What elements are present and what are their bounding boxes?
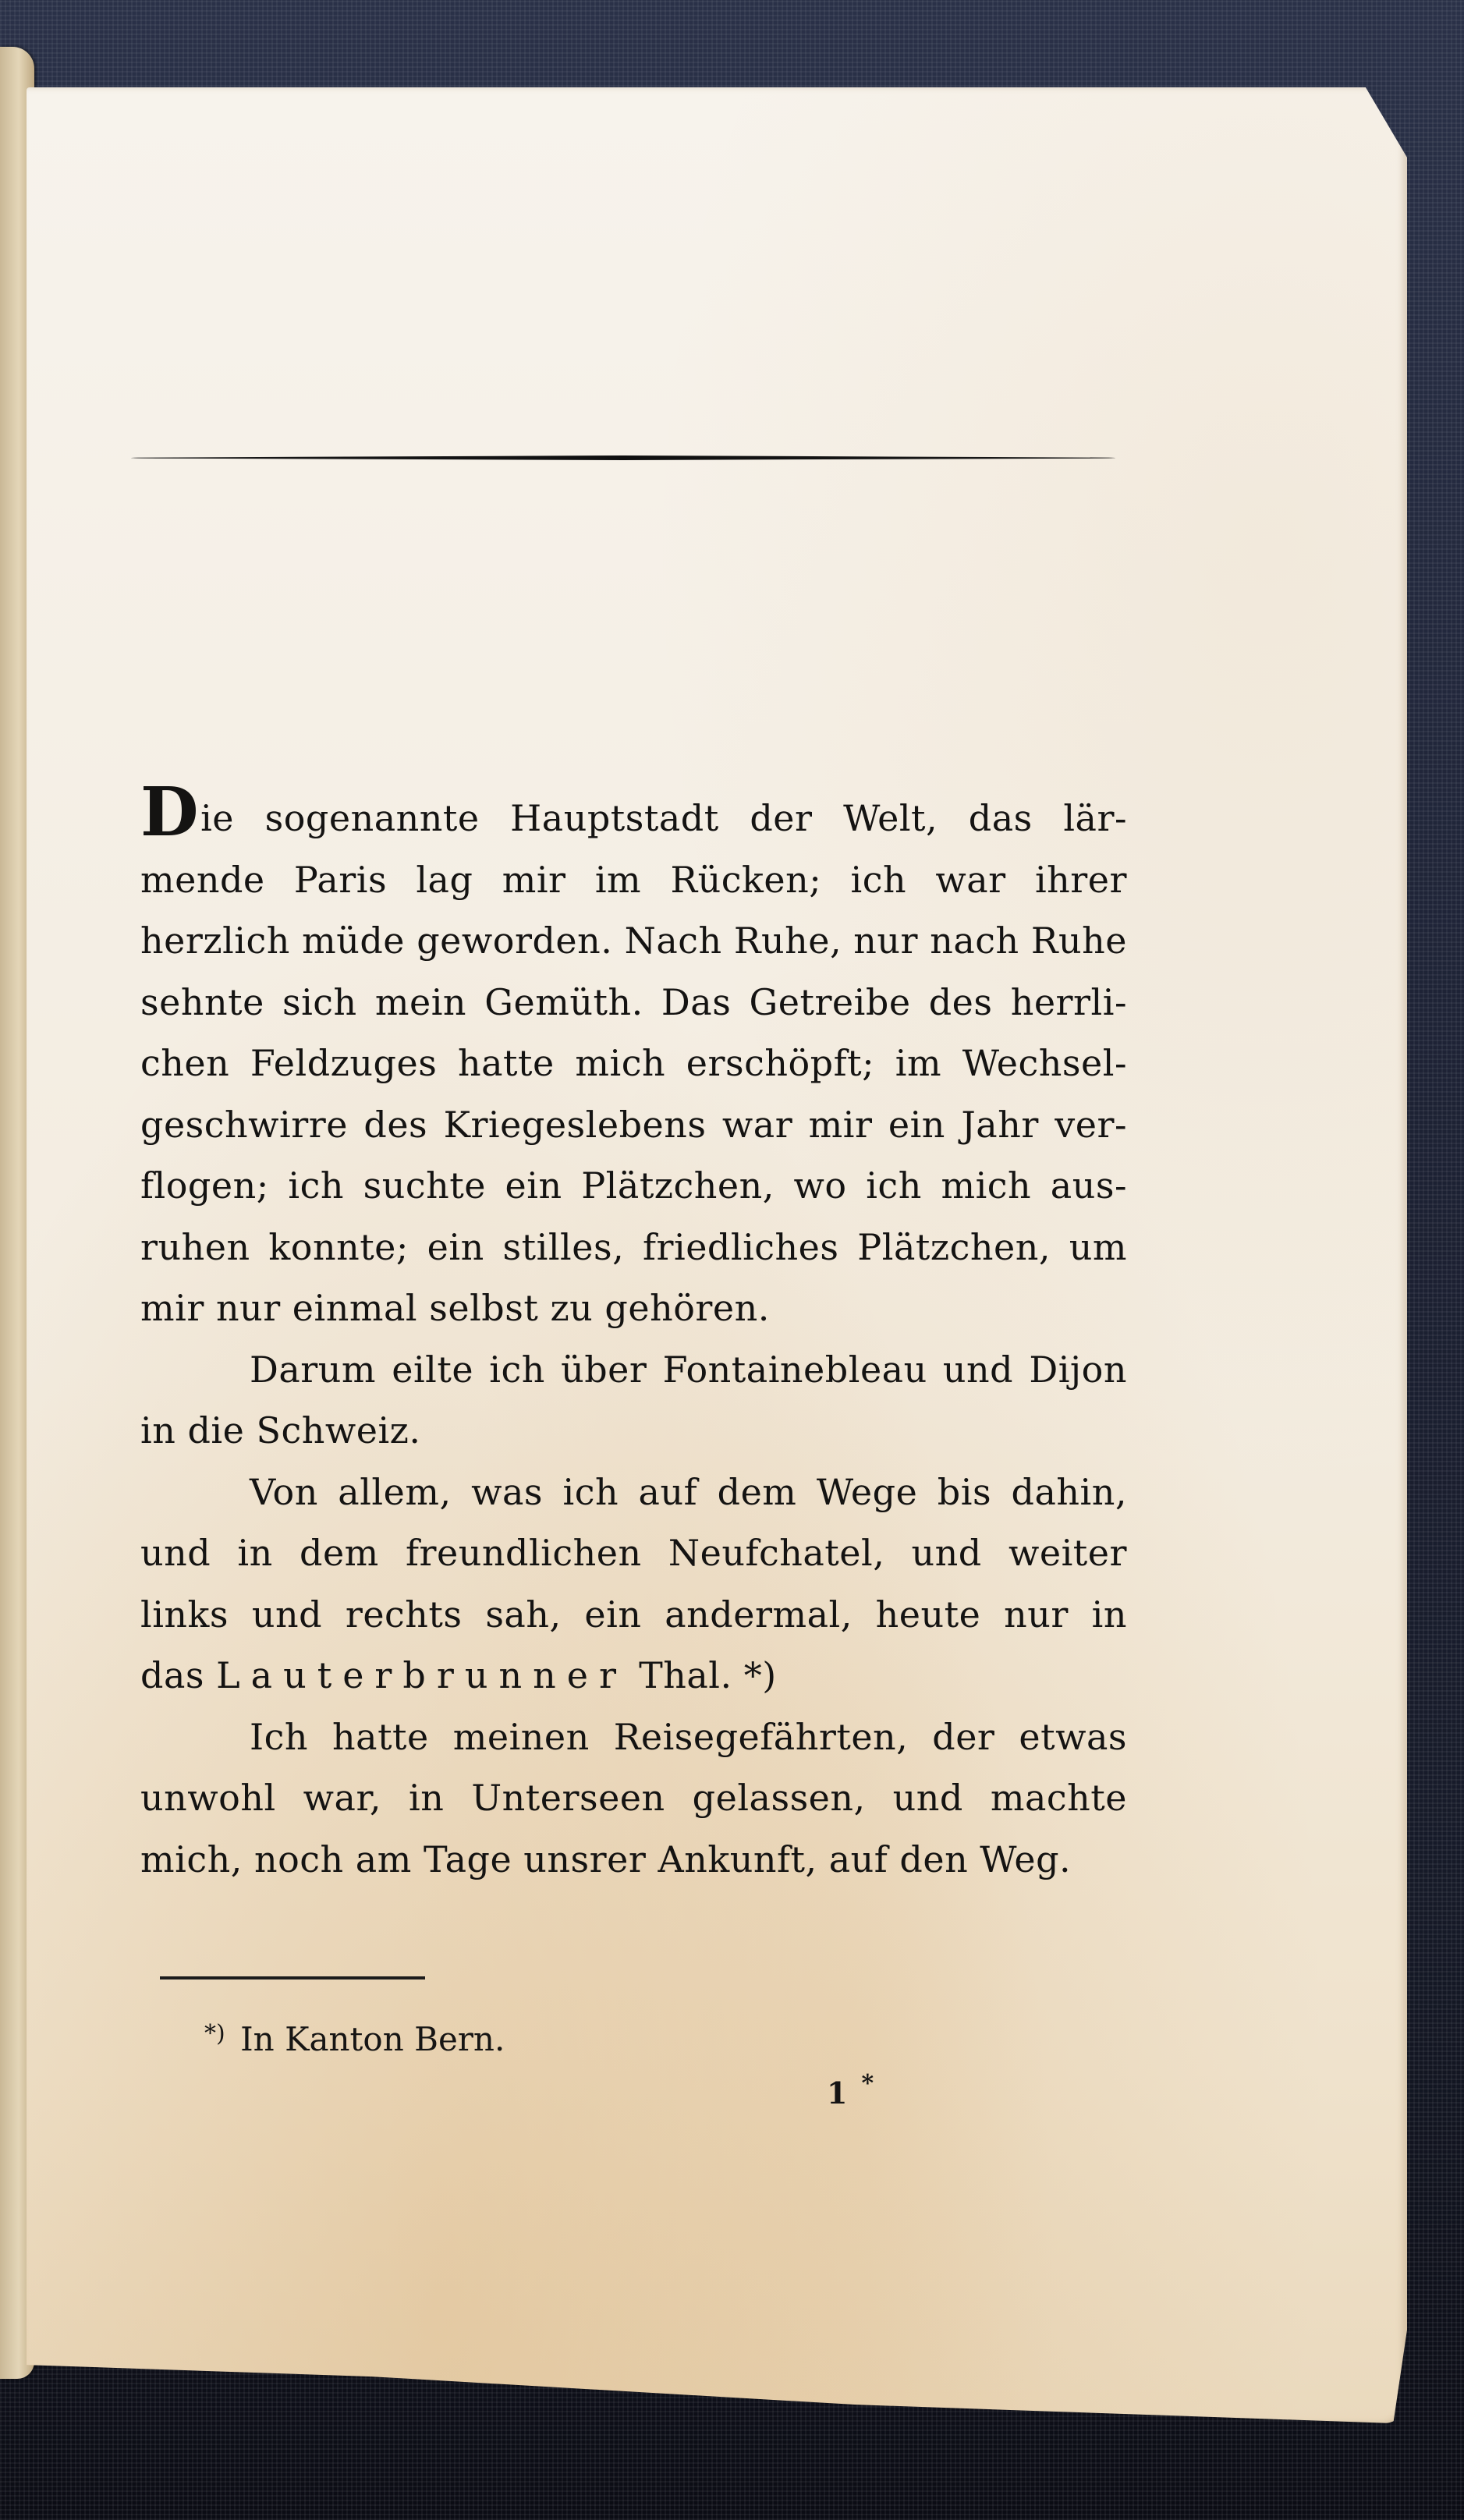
- text-line: sehnte sich mein Gemüth. Das Getreibe de…: [140, 972, 1127, 1033]
- drop-cap: D: [140, 773, 199, 852]
- text-line: Darum eilte ich über Fontainebleau und D…: [140, 1339, 1127, 1401]
- text-line: Ich hatte meinen Reisegefährten, der etw…: [140, 1707, 1127, 1768]
- text-line: unwohl war, in Unterseen gelassen, und m…: [140, 1767, 1127, 1829]
- text-line: mende Paris lag mir im Rücken; ich war i…: [140, 849, 1127, 911]
- text-line: das Lauterbrunner Thal. *): [140, 1645, 1127, 1707]
- text-line: und in dem freundlichen Neufchatel, und …: [140, 1522, 1127, 1584]
- signature-star: *: [861, 2070, 874, 2097]
- text-line: links und rechts sah, ein andermal, heut…: [140, 1584, 1127, 1646]
- footnote-rule: [160, 1976, 425, 1979]
- text-line: ruhen konnte; ein stilles, friedliches P…: [140, 1217, 1127, 1278]
- text-line: Von allem, was ich auf dem Wege bis dahi…: [140, 1462, 1127, 1523]
- text-line: in die Schweiz.: [140, 1400, 1127, 1462]
- text-line: mir nur einmal selbst zu gehören.: [140, 1278, 1127, 1339]
- text-line: chen Feldzuges hatte mich erschöpft; im …: [140, 1033, 1127, 1094]
- footnote: *) In Kanton Bern.: [204, 2020, 505, 2058]
- body-text: Die sogenannte Hauptstadt der Welt, das …: [140, 788, 1127, 1890]
- text-line: mich, noch am Tage unsrer Ankunft, auf d…: [140, 1829, 1127, 1891]
- footnote-mark: *): [204, 2020, 225, 2047]
- signature-number: 1: [827, 2075, 847, 2111]
- footnote-text: In Kanton Bern.: [240, 2020, 505, 2058]
- printer-signature-mark: 1*: [827, 2070, 874, 2111]
- text-line: geschwirre des Kriegeslebens war mir ein…: [140, 1094, 1127, 1156]
- text-line: herzlich müde geworden. Nach Ruhe, nur n…: [140, 910, 1127, 972]
- text-line: Die sogenannte Hauptstadt der Welt, das …: [140, 788, 1127, 849]
- spaced-place-name: Lauterbrunner: [216, 1654, 627, 1696]
- text-line: flogen; ich suchte ein Plätzchen, wo ich…: [140, 1155, 1127, 1217]
